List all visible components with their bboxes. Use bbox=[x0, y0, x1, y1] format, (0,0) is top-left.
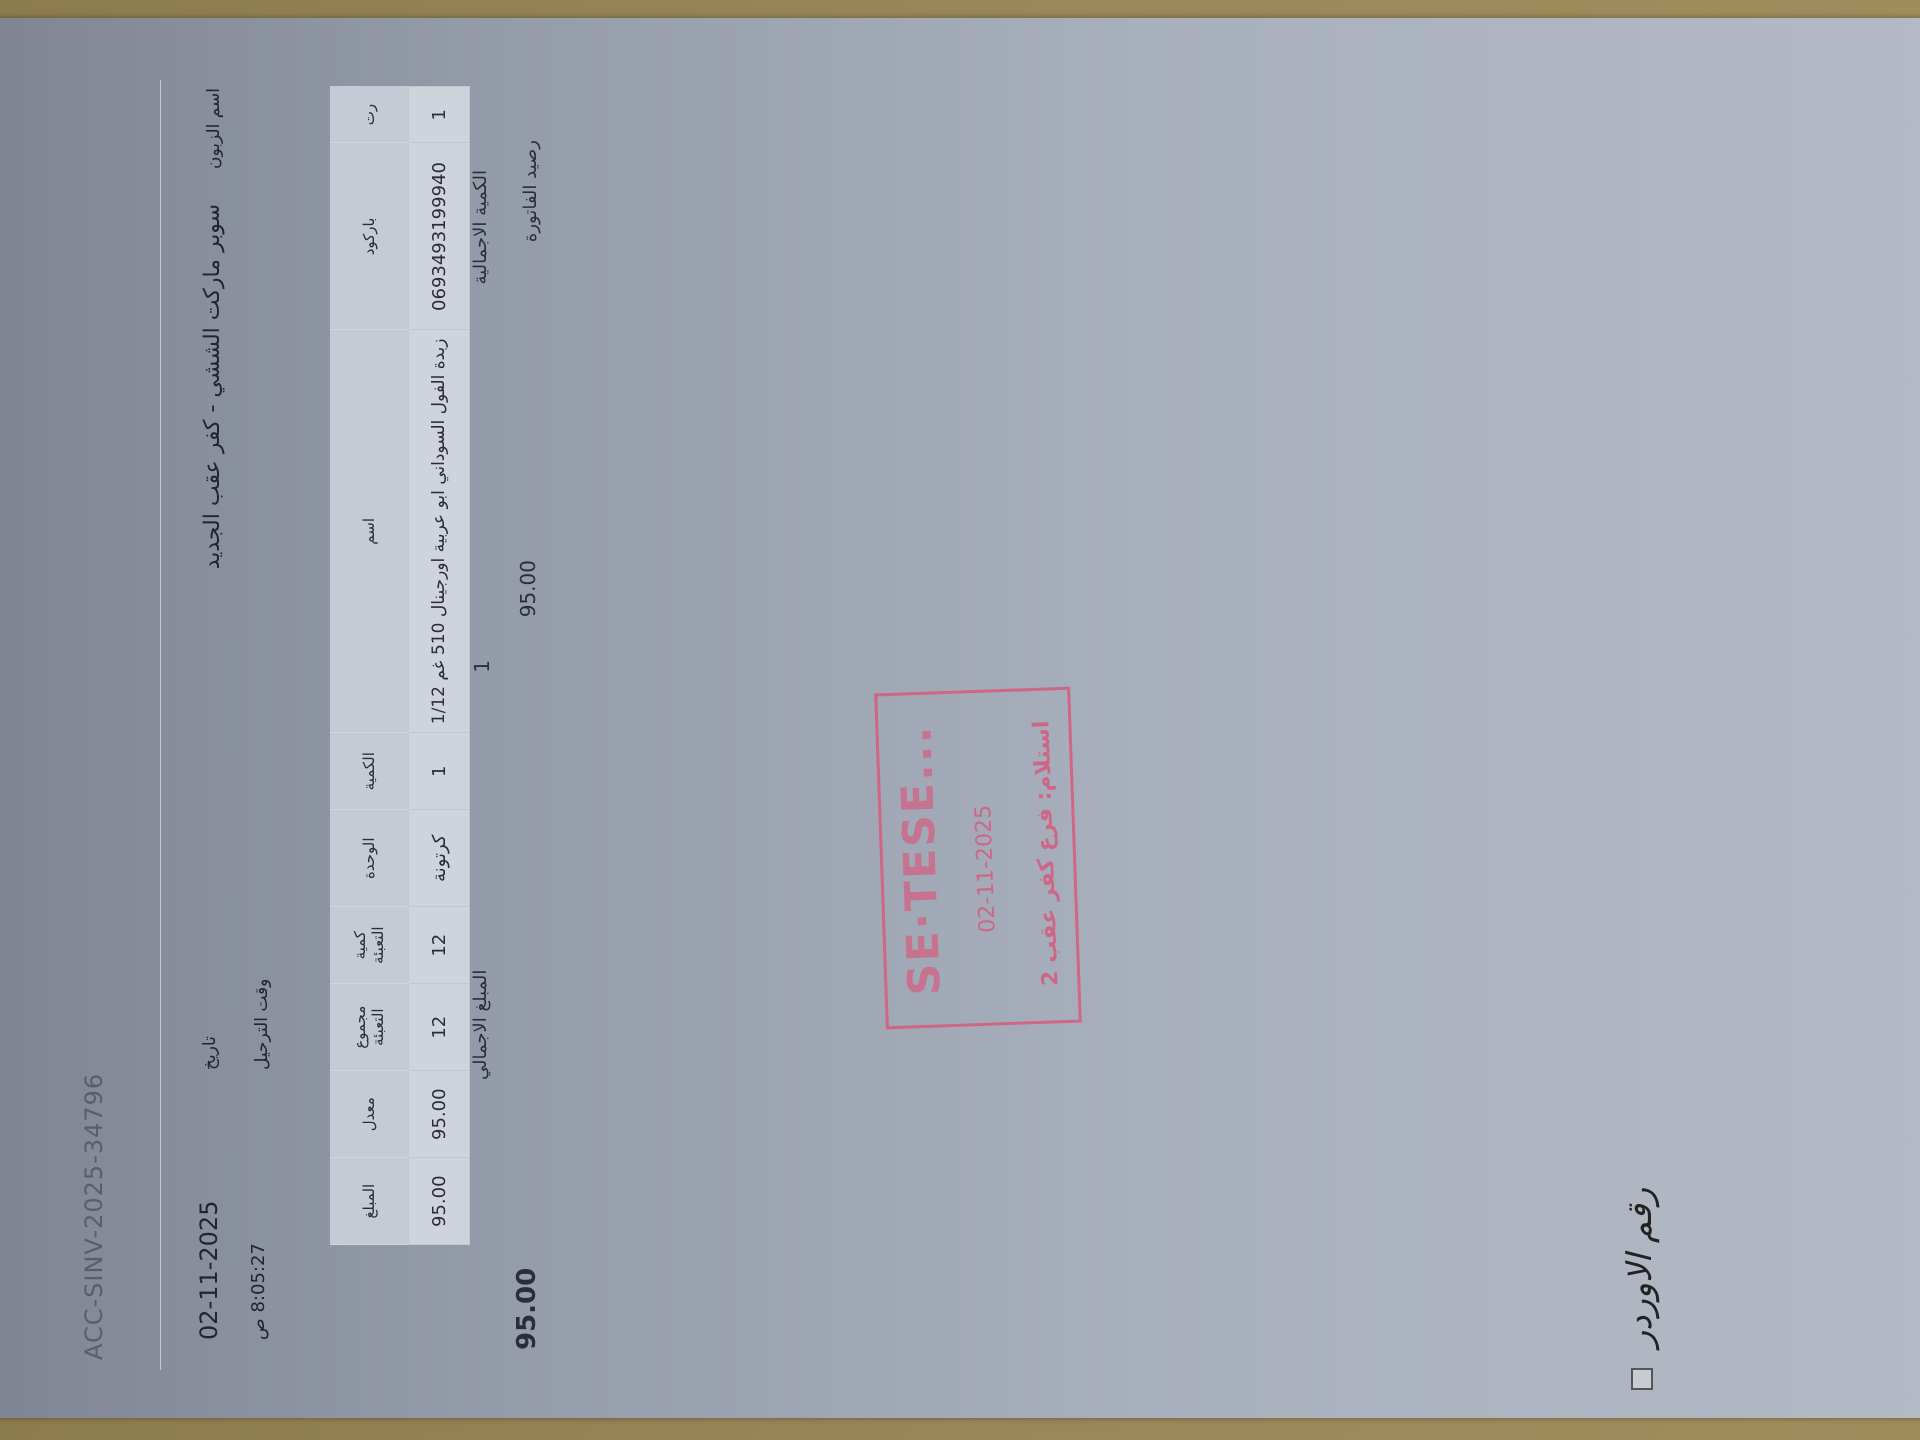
invoice-number: ACC-SINV-2025-34796 bbox=[80, 1073, 108, 1360]
cell-index: 1 bbox=[409, 87, 470, 144]
handwritten-order-note: رقم الاوردر bbox=[1620, 1188, 1660, 1390]
header-divider bbox=[160, 80, 161, 1370]
cell-barcode: 0693493199940 bbox=[409, 143, 470, 330]
date-value: 02-11-2025 bbox=[195, 1201, 223, 1340]
cell-name: زبدة الفول السوداني ابو عربية اورجينال 5… bbox=[409, 330, 470, 733]
items-header-row: رت باركود اسم الكمية الوحدة كمية التعبئة… bbox=[330, 87, 409, 1245]
cell-amount: 95.00 bbox=[409, 1158, 470, 1245]
table-row: 1 0693493199940 زبدة الفول السوداني ابو … bbox=[409, 87, 470, 1245]
items-table: رت باركود اسم الكمية الوحدة كمية التعبئة… bbox=[330, 86, 470, 1245]
col-index: رت bbox=[330, 87, 409, 144]
col-unit: الوحدة bbox=[330, 810, 409, 907]
total-amount-label: المبلغ الاجمالي bbox=[470, 970, 491, 1080]
cell-qty: 1 bbox=[409, 733, 470, 810]
posting-time-value: 8:05:27 ص bbox=[248, 1243, 269, 1340]
cell-pack-qty: 12 bbox=[409, 907, 470, 984]
col-barcode: باركود bbox=[330, 143, 409, 330]
invoice-balance-label: رصيد الفاتورة bbox=[520, 140, 541, 242]
checkbox-icon bbox=[1631, 1368, 1653, 1390]
cell-unit: كرتونة bbox=[409, 810, 470, 907]
invoice-balance-value: 95.00 bbox=[516, 560, 540, 617]
stamp-date: 02-11-2025 bbox=[971, 804, 1000, 933]
cell-pack-total: 12 bbox=[409, 984, 470, 1071]
total-qty-value: 1 bbox=[470, 660, 494, 673]
stamp-logo-text: SE·TESE... bbox=[890, 724, 950, 996]
col-amount: المبلغ bbox=[330, 1158, 409, 1245]
col-rate: معدل bbox=[330, 1071, 409, 1158]
customer-field: اسم الزبون سوبر ماركت الششي - كفر عقب ال… bbox=[200, 88, 225, 569]
col-pack-total: مجموع التعبئة bbox=[330, 984, 409, 1071]
stamp-branch: استلام: فرع كفر عقب 2 bbox=[1029, 720, 1063, 986]
receipt-stamp: SE·TESE... 02-11-2025 استلام: فرع كفر عق… bbox=[874, 687, 1082, 1030]
invoice: ACC-SINV-2025-34796 اسم الزبون سوبر مارك… bbox=[0, 0, 1920, 1440]
total-qty-label: الكمية الاجمالية bbox=[470, 170, 491, 285]
posting-time-label: وقت الترحيل bbox=[252, 979, 272, 1070]
handwritten-text: رقم الاوردر bbox=[1620, 1188, 1660, 1347]
date-label: تاريخ bbox=[200, 1036, 220, 1070]
customer-label: اسم الزبون bbox=[204, 88, 224, 169]
col-name: اسم bbox=[330, 330, 409, 733]
cell-rate: 95.00 bbox=[409, 1071, 470, 1158]
col-qty: الكمية bbox=[330, 733, 409, 810]
col-pack-qty: كمية التعبئة bbox=[330, 907, 409, 984]
rotated-document: ACC-SINV-2025-34796 اسم الزبون سوبر مارك… bbox=[0, 0, 1920, 1440]
customer-name: سوبر ماركت الششي - كفر عقب الجديد bbox=[200, 204, 225, 569]
total-amount-value: 95.00 bbox=[512, 1268, 542, 1350]
